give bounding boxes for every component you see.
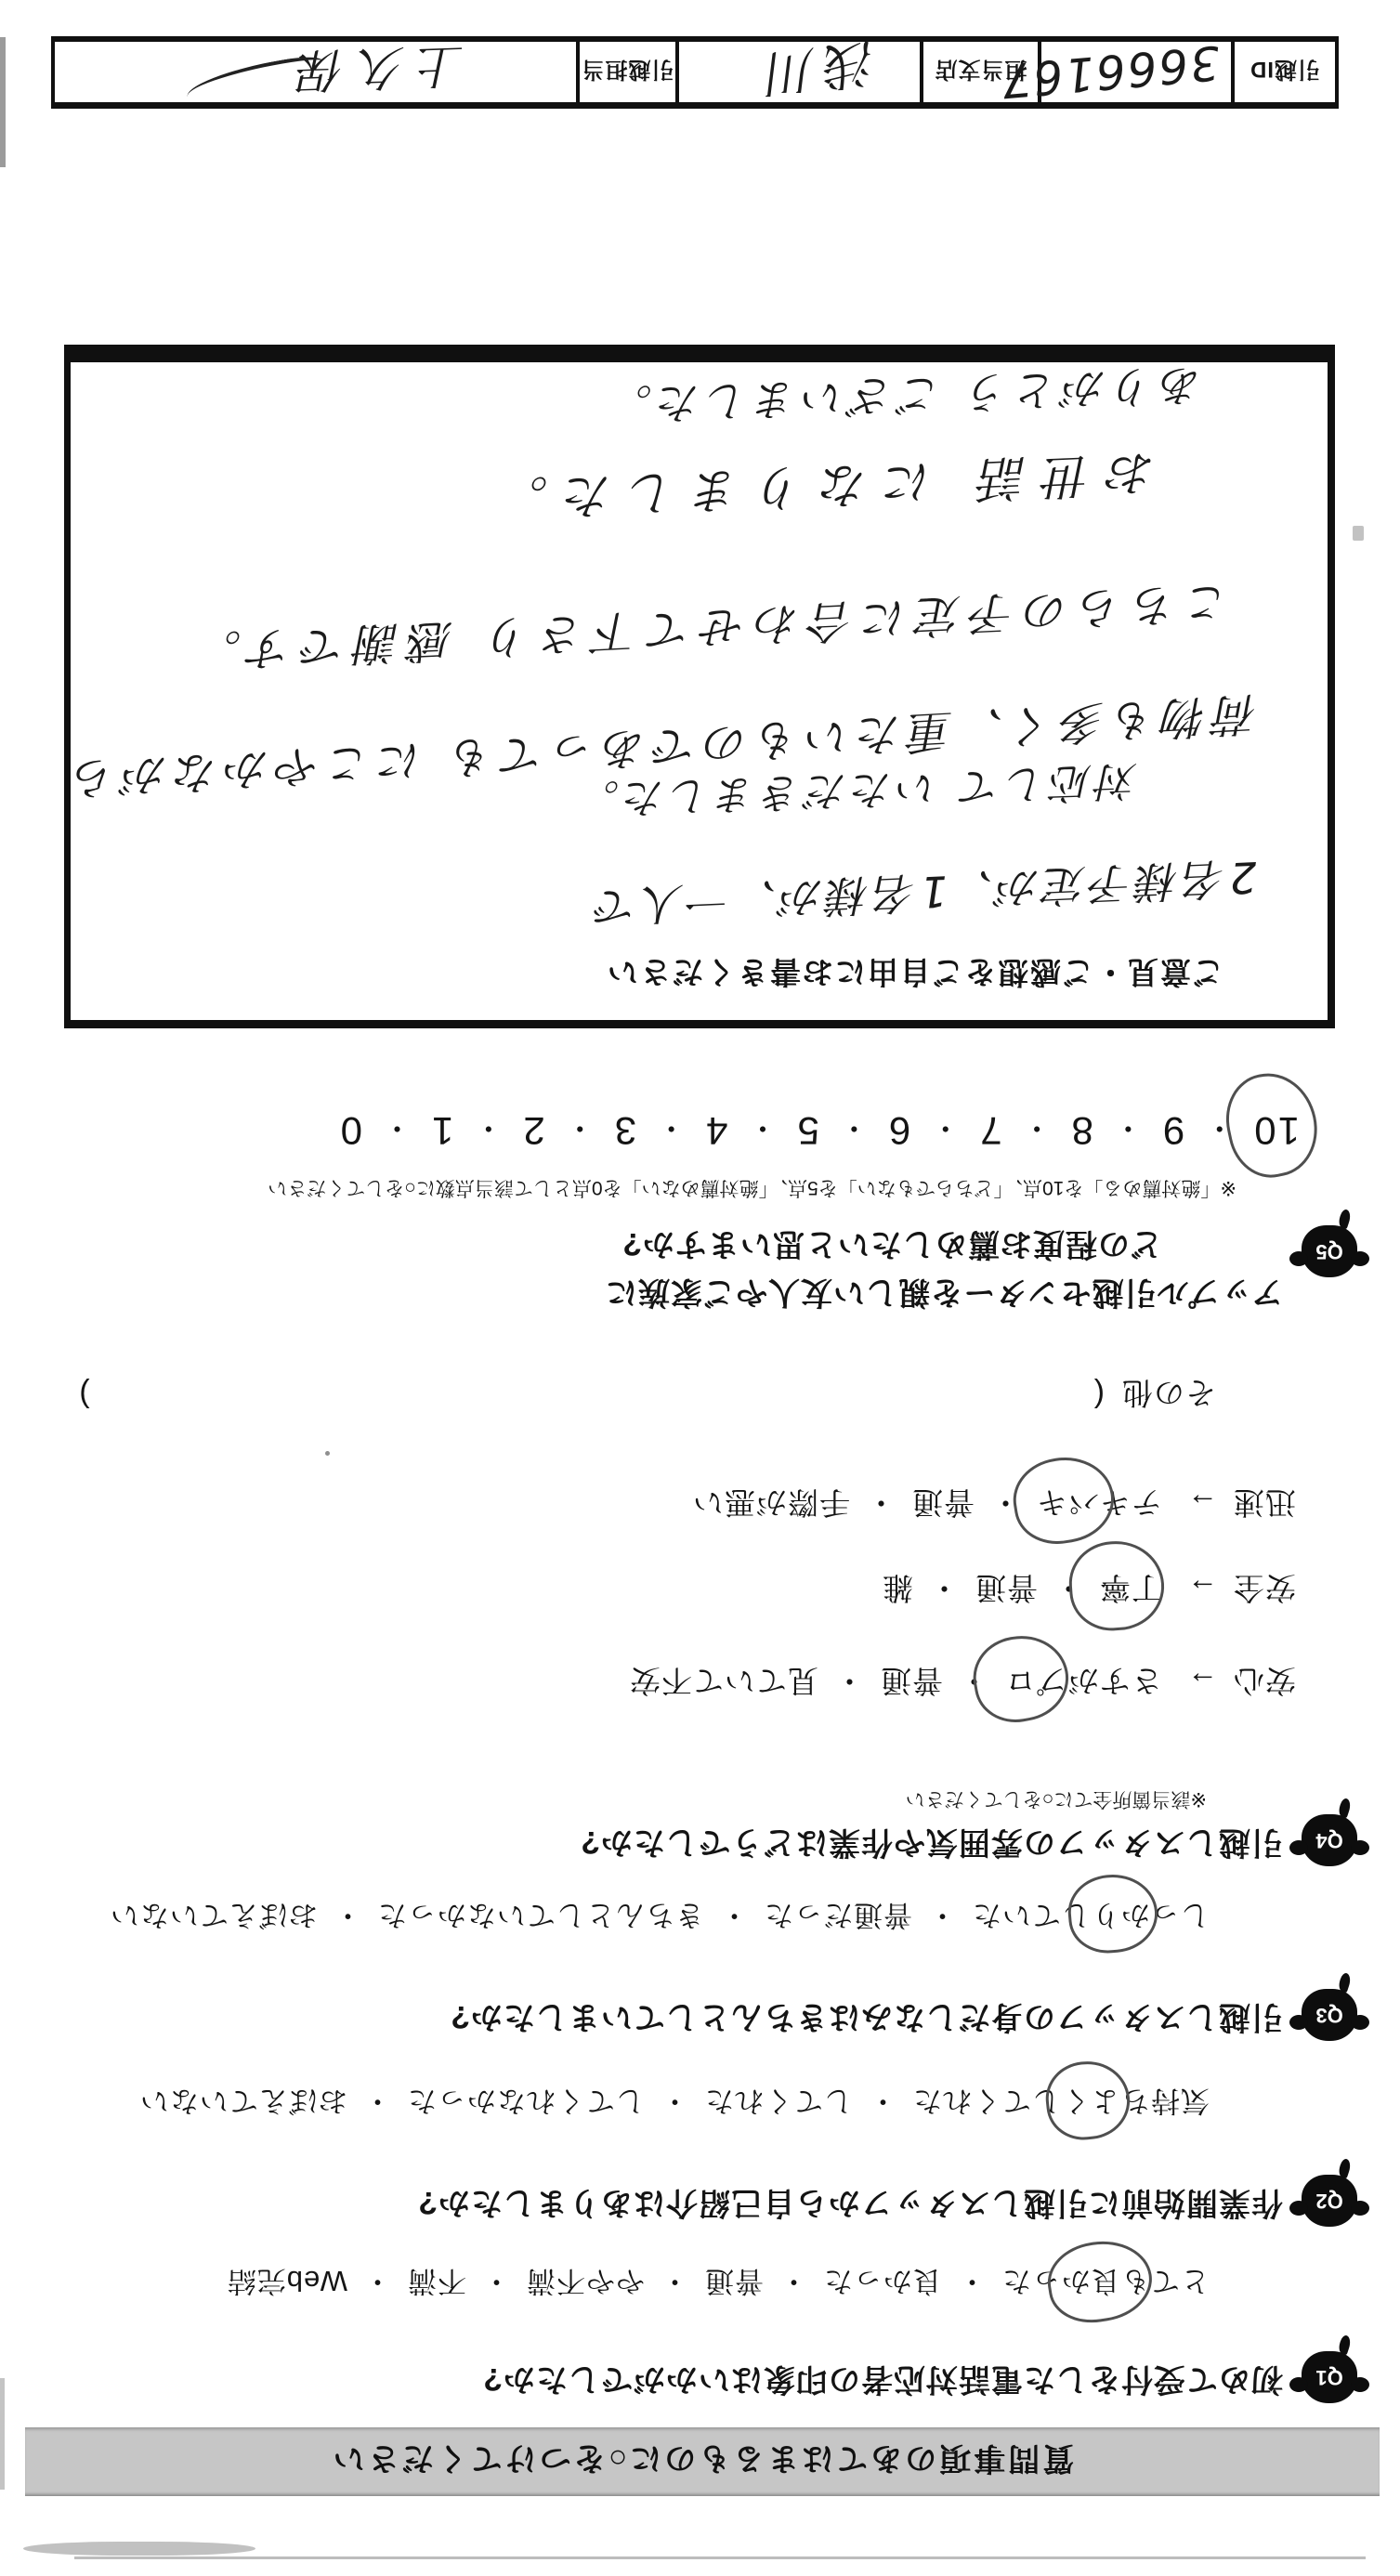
scan-speck [325, 1451, 330, 1456]
option-separator: ・ [719, 1897, 749, 1939]
score-1: 1 [430, 1108, 453, 1153]
q2-options-row: 気持ちよくしてくれた・ してくれた・ してくれなかった・ おぼえていない [139, 2083, 1210, 2125]
comment-box-title: ご意見・ご感想をご自由にお書きください [71, 952, 1223, 996]
option-separator: ・ [481, 2263, 511, 2305]
q2-badge-icon: Q2 [1302, 2175, 1357, 2227]
paren-close: ) [78, 1377, 89, 1413]
q3-title: 引越しスタッフの身だしなみはきちんとしていましたか? [450, 1996, 1283, 2037]
q2-title: 作業開始前に引越しスタッフから自己紹介はありましたか? [417, 2182, 1283, 2223]
footer-staff-value: 上久保 [55, 42, 580, 102]
score-9: 9 [1161, 1108, 1184, 1153]
badge-tail-icon [1337, 1798, 1353, 1818]
score-8: 8 [1070, 1108, 1093, 1153]
q5-score-scale: 10・ 9・ 8・ 7・ 6・ 5・ 4・ 3・ 2・ 1・ 0 [339, 1108, 1300, 1153]
q1-option: やや不満 [526, 2263, 645, 2305]
scan-speck [1353, 526, 1364, 541]
q1-title: 初めて受付をした電話対応者の印象はいかがでしたか? [482, 2359, 1283, 2399]
comment-box: ご意見・ご感想をご自由にお書きください 2名様予定が、1名様が、一人で 対応して… [64, 345, 1335, 1028]
badge-tail-icon [1337, 1972, 1353, 1993]
q4-badge-icon: Q4 [1302, 1814, 1357, 1866]
q2-option: してくれた [704, 2083, 853, 2125]
score-5: 5 [795, 1108, 818, 1153]
q5-badge-label: Q5 [1315, 1239, 1342, 1263]
question-q2: Q2 作業開始前に引越しスタッフから自己紹介はありましたか? [417, 2175, 1357, 2227]
option-separator: ・ [989, 1483, 1021, 1526]
scale-separator: ・ [471, 1109, 504, 1153]
badge-tail-icon [1337, 2158, 1353, 2178]
option-separator: ・ [928, 1568, 960, 1612]
q4-row-other: その他 ( ) [78, 1373, 1216, 1417]
q2-option: してくれなかった [407, 2083, 645, 2125]
q1-option: とても良かった [1001, 2263, 1210, 2305]
handwritten-line: お世話 になりました。 [484, 441, 1158, 539]
score-7: 7 [978, 1108, 1001, 1153]
option-separator: ・ [660, 2083, 689, 2125]
arrow-icon: → [1186, 1666, 1218, 1701]
scale-separator: ・ [837, 1109, 870, 1153]
arrow-icon: → [1186, 1487, 1218, 1523]
q5-badge-icon: Q5 [1302, 1225, 1357, 1277]
q4-row-anzen: 安全 → 丁寧・ 普通・ 雑 [882, 1568, 1296, 1612]
scale-separator: ・ [1202, 1109, 1235, 1153]
option-separator: ・ [779, 2263, 808, 2305]
footer-id-label: 引越ID [1235, 42, 1335, 102]
q4-option: さすがプロ [1004, 1661, 1162, 1705]
q3-option: しっかりしていた [972, 1897, 1210, 1939]
option-separator: ・ [957, 2263, 987, 2305]
badge-tail-icon [1337, 1209, 1353, 1229]
q4-row-anshin: 安心 → さすがプロ・ 普通・ 見ていて不安 [629, 1661, 1296, 1705]
q3-option: おぼえていない [110, 1897, 318, 1939]
option-separator: ・ [1053, 1568, 1084, 1612]
footer-id-value: 3666167 [1041, 42, 1235, 102]
q4-option: 普通 [975, 1568, 1038, 1612]
q3-option: きちんとしていなかった [377, 1897, 704, 1939]
scale-separator: ・ [380, 1109, 412, 1153]
handwritten-line: ありがとう ございました。 [604, 357, 1205, 438]
option-separator: ・ [865, 1483, 896, 1526]
question-q4: Q4 引越しスタッフの雰囲気や作業はどうでしたか? ※該当箇所全てに○をしてくだ… [580, 1786, 1357, 1866]
footer-id-label-text: 引越ID [1250, 56, 1320, 88]
handwritten-line: 2名様予定が、1名様が、一人で [591, 849, 1259, 940]
q2-option: おぼえていない [139, 2083, 347, 2125]
q1-badge-label: Q1 [1315, 2365, 1342, 2389]
q1-options-row: とても良かった・ 良かった・ 普通・ やや不満・ 不満・ Web完結 [227, 2263, 1210, 2305]
q1-option: Web完結 [227, 2263, 347, 2305]
score-6: 6 [887, 1108, 910, 1153]
option-separator: ・ [362, 2263, 392, 2305]
scan-edge-mark [0, 2378, 5, 2490]
q2-option: 気持ちよくしてくれた [912, 2083, 1210, 2125]
q2-badge-label: Q2 [1315, 2189, 1342, 2213]
scale-separator: ・ [563, 1109, 595, 1153]
q3-badge-icon: Q3 [1302, 1989, 1357, 2041]
scale-separator: ・ [1111, 1109, 1144, 1153]
scan-edge-mark [0, 37, 6, 167]
q4-row-label: 迅速 [1233, 1483, 1296, 1526]
q3-option: 普通だった [764, 1897, 912, 1939]
footer-table: 引越ID 3666167 担当支店 浅川 引越担当 上久保 [51, 36, 1339, 109]
q5-title-line2: どの程度お薦めしたいと思いますか? [605, 1223, 1162, 1264]
q4-option: 丁寧 [1099, 1568, 1162, 1612]
option-separator: ・ [660, 2263, 689, 2305]
option-separator: ・ [958, 1661, 989, 1705]
paren-open: ( [1093, 1377, 1105, 1413]
arrow-icon: → [1186, 1573, 1218, 1608]
score-3: 3 [613, 1108, 636, 1153]
score-2: 2 [521, 1108, 544, 1153]
option-separator: ・ [333, 1897, 362, 1939]
q1-option: 不満 [407, 2263, 466, 2305]
q4-option: 普通 [880, 1661, 943, 1705]
footer-staff-label: 引越担当 [580, 42, 679, 102]
q5-note: ※「絶対薦める」を10点、「どちらでもない」を5点、「絶対薦めない」を0点として… [268, 1175, 1236, 1203]
footer-branch-value: 浅川 [679, 42, 923, 102]
option-separator: ・ [927, 1897, 957, 1939]
q3-options-row: しっかりしていた・ 普通だった・ きちんとしていなかった・ おぼえていない [110, 1897, 1210, 1939]
rotated-document: 質問事項のあてはまるものに○をつけてください Q1 初めて受付をした電話対応者の… [0, 0, 1400, 2576]
score-4: 4 [704, 1108, 727, 1153]
handwritten-line: こちらの予定に合わせて下さり 感謝です。 [187, 573, 1232, 688]
scale-separator: ・ [745, 1109, 778, 1153]
q1-option: 普通 [704, 2263, 764, 2305]
instruction-banner: 質問事項のあてはまるものに○をつけてください [25, 2427, 1380, 2496]
q4-title: 引越しスタッフの雰囲気や作業はどうでしたか? [580, 1822, 1283, 1863]
q4-option: 雑 [882, 1568, 913, 1612]
score-0: 0 [339, 1108, 362, 1153]
footer-staff-label-text: 引越担当 [582, 56, 674, 88]
q4-option: 見ていて不安 [629, 1661, 818, 1705]
q4-option: テキパキ [1036, 1483, 1162, 1526]
q4-option: 手際が悪い [692, 1483, 850, 1526]
q4-other-label: その他 [1121, 1373, 1216, 1417]
scan-paper-edge-line [74, 2556, 1366, 2559]
scanned-survey-page: 質問事項のあてはまるものに○をつけてください Q1 初めて受付をした電話対応者の… [0, 0, 1400, 2576]
scale-separator: ・ [928, 1109, 961, 1153]
q1-badge-icon: Q1 [1302, 2351, 1357, 2403]
question-q5: Q5 アップル引越センターを親しい友人やご家族に どの程度お薦めしたいと思います… [605, 1223, 1357, 1313]
q4-row-label: 安全 [1233, 1568, 1296, 1612]
option-separator: ・ [868, 2083, 897, 2125]
question-q3: Q3 引越しスタッフの身だしなみはきちんとしていましたか? [450, 1989, 1357, 2041]
option-separator: ・ [362, 2083, 392, 2125]
q4-option: 普通 [911, 1483, 975, 1526]
q4-row-label: 安心 [1233, 1661, 1296, 1705]
q1-option: 良かった [823, 2263, 942, 2305]
scan-smudge [23, 2542, 255, 2556]
q3-badge-label: Q3 [1315, 2003, 1342, 2027]
q4-badge-label: Q4 [1315, 1828, 1342, 1852]
scale-separator: ・ [654, 1109, 687, 1153]
scale-separator: ・ [1020, 1109, 1053, 1153]
badge-tail-icon [1337, 2334, 1353, 2355]
q4-note: ※該当箇所全てに○をしてください [580, 1786, 1207, 1814]
option-separator: ・ [833, 1661, 865, 1705]
question-q1: Q1 初めて受付をした電話対応者の印象はいかがでしたか? [482, 2351, 1357, 2403]
score-10: 10 [1252, 1108, 1300, 1153]
q4-row-jinsoku: 迅速 → テキパキ・ 普通・ 手際が悪い [692, 1483, 1296, 1526]
q5-title-line1: アップル引越センターを親しい友人やご家族に [605, 1272, 1283, 1313]
handwritten-branch-name: 浅川 [754, 29, 881, 114]
